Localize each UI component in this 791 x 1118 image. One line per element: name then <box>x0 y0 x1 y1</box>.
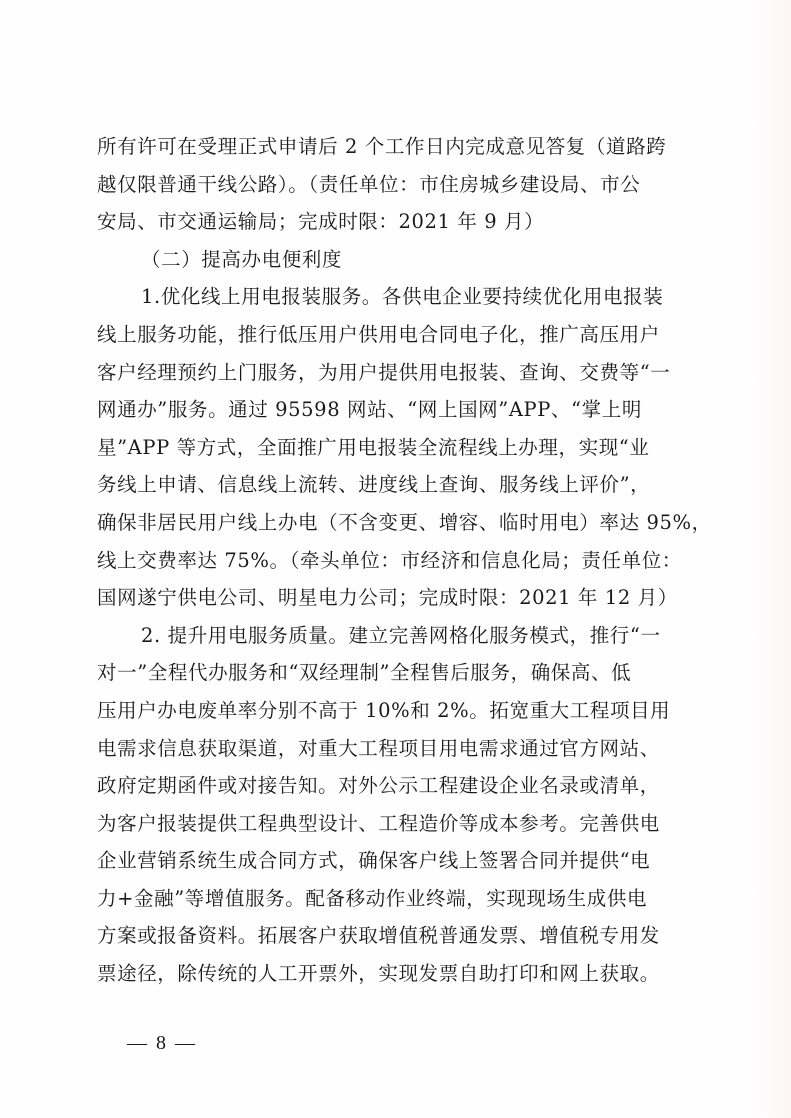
text-line: 网通办”服务。通过 95598 网站、“网上国网”APP、“掌上明 <box>97 391 697 429</box>
text-line: 为客户报装提供工程典型设计、工程造价等成本参考。完善供电 <box>97 805 697 843</box>
document-page: 所有许可在受理正式申请后 2 个工作日内完成意见答复（道路跨 越仅限普通干线公路… <box>0 0 791 1118</box>
text-line: 电需求信息获取渠道，对重大工程项目用电需求通过官方网站、 <box>97 730 697 768</box>
text-line: 务线上申请、信息线上流转、进度线上查询、服务线上评价”， <box>97 466 697 504</box>
scan-edge-shadow <box>751 0 791 1118</box>
text-line: 线上服务功能，推行低压用户供用电合同电子化，推广高压用户 <box>97 316 697 354</box>
text-line: 线上交费率达 75%。（牵头单位：市经济和信息化局；责任单位： <box>97 542 697 580</box>
text-line: 安局、市交通运输局；完成时限：2021 年 9 月） <box>97 203 697 241</box>
body-text: 所有许可在受理正式申请后 2 个工作日内完成意见答复（道路跨 越仅限普通干线公路… <box>97 128 697 993</box>
text-line: 方案或报备资料。拓展客户获取增值税普通发票、增值税专用发 <box>97 917 697 955</box>
text-line: 越仅限普通干线公路）。（责任单位：市住房城乡建设局、市公 <box>97 166 697 204</box>
text-line: 票途径，除传统的人工开票外，实现发票自助打印和网上获取。 <box>97 955 697 993</box>
section-heading: （二）提高办电便利度 <box>97 241 697 279</box>
text-line: 所有许可在受理正式申请后 2 个工作日内完成意见答复（道路跨 <box>97 128 697 166</box>
text-line: 压用户办电废单率分别不高于 10%和 2%。拓宽重大工程项目用 <box>97 692 697 730</box>
text-line: 客户经理预约上门服务，为用户提供用电报装、查询、交费等“一 <box>97 354 697 392</box>
text-line: 星”APP 等方式，全面推广用电报装全流程线上办理，实现“业 <box>97 429 697 467</box>
paragraph-start: 1.优化线上用电报装服务。各供电企业要持续优化用电报装 <box>97 278 697 316</box>
text-line: 国网遂宁供电公司、明星电力公司；完成时限：2021 年 12 月） <box>97 579 697 617</box>
paragraph-start: 2. 提升用电服务质量。建立完善网格化服务模式，推行“一 <box>97 617 697 655</box>
text-line: 企业营销系统生成合同方式，确保客户线上签署合同并提供“电 <box>97 842 697 880</box>
text-line: 确保非居民用户线上办电（不含变更、增容、临时用电）率达 95%， <box>97 504 697 542</box>
text-line: 力+金融”等增值服务。配备移动作业终端，实现现场生成供电 <box>97 880 697 918</box>
text-line: 政府定期函件或对接告知。对外公示工程建设企业名录或清单， <box>97 767 697 805</box>
text-line: 对一”全程代办服务和“双经理制”全程售后服务，确保高、低 <box>97 654 697 692</box>
page-number: — 8 — <box>127 1032 197 1055</box>
